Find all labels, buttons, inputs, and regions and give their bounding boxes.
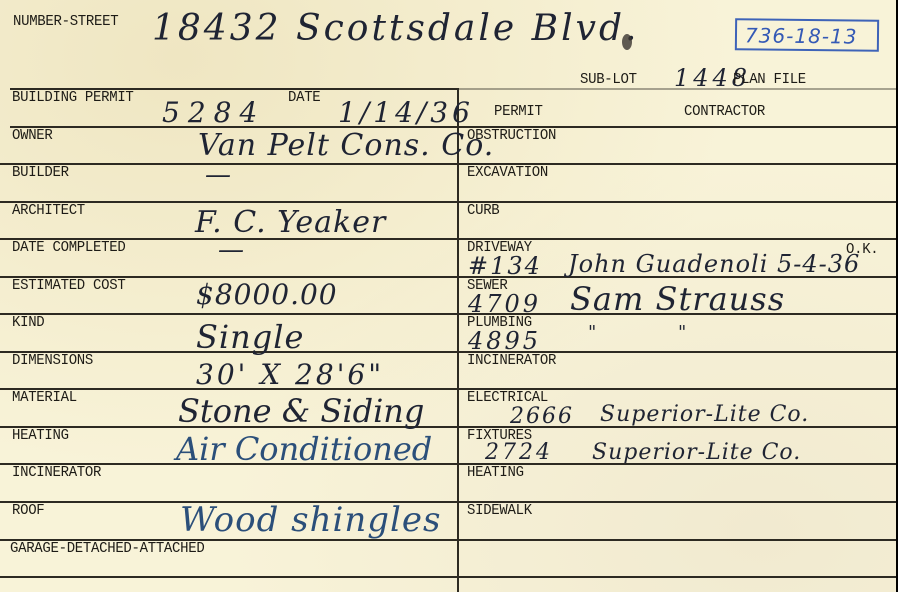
material-value: Stone & Siding xyxy=(178,392,424,430)
rule xyxy=(0,388,896,390)
heating-label: HEATING xyxy=(12,428,69,445)
material-label: MATERIAL xyxy=(12,390,77,407)
number-street-value: 18432 Scottsdale Blvd. xyxy=(152,8,639,49)
driveway-contractor: John Guadenoli 5-4-36 xyxy=(568,250,860,278)
driveway-permit: #134 xyxy=(468,252,542,280)
sub-lot-label: SUB-LOT xyxy=(580,72,637,89)
sewer-contractor: Sam Strauss xyxy=(570,280,785,318)
building-permit-card: NUMBER-STREET 18432 Scottsdale Blvd. 736… xyxy=(0,0,896,592)
contractor-column-header: CONTRACTOR xyxy=(684,104,765,121)
architect-label: ARCHITECT xyxy=(12,203,85,220)
electrical-contractor: Superior-Lite Co. xyxy=(600,402,809,427)
incinerator-permit-label: INCINERATOR xyxy=(467,353,556,370)
heating-permit-label: HEATING xyxy=(467,465,524,482)
electrical-permit: 2666 xyxy=(510,404,574,429)
owner-label: OWNER xyxy=(12,128,53,145)
rule xyxy=(0,238,896,240)
obstruction-label: OBSTRUCTION xyxy=(467,128,556,145)
date-completed-value: — xyxy=(218,235,245,265)
fixtures-contractor: Superior-Lite Co. xyxy=(592,440,801,465)
stamp-number: 736-18-13 xyxy=(745,23,858,48)
rule xyxy=(0,163,896,165)
kind-value: Single xyxy=(196,318,304,356)
builder-label: BUILDER xyxy=(12,165,69,182)
date-label: DATE xyxy=(288,90,320,107)
rule xyxy=(0,351,896,353)
dimensions-value: 30' X 28'6" xyxy=(196,358,384,391)
sidewalk-label: SIDEWALK xyxy=(467,503,532,520)
rule xyxy=(0,501,896,503)
plumbing-permit: 4895 xyxy=(468,327,541,355)
number-street-label: NUMBER-STREET xyxy=(13,14,118,31)
incinerator-label: INCINERATOR xyxy=(12,465,101,482)
excavation-label: EXCAVATION xyxy=(467,165,548,182)
permit-column-header: PERMIT xyxy=(494,104,543,121)
column-divider xyxy=(457,88,459,592)
plumbing-contractor-ditto: " " xyxy=(588,322,687,343)
estimated-cost-label: ESTIMATED COST xyxy=(12,278,125,295)
heating-value: Air Conditioned xyxy=(176,430,432,468)
rule xyxy=(0,576,896,578)
garage-label: GARAGE-DETACHED-ATTACHED xyxy=(10,541,204,558)
fixtures-permit: 2724 xyxy=(485,440,553,465)
owner-value: Van Pelt Cons. Co. xyxy=(198,128,494,163)
building-permit-value: 5284 xyxy=(162,96,265,129)
curb-label: CURB xyxy=(467,203,499,220)
date-completed-label: DATE COMPLETED xyxy=(12,240,125,257)
builder-value: — xyxy=(205,160,232,190)
ink-blot xyxy=(622,34,632,50)
kind-label: KIND xyxy=(12,315,44,332)
roof-value: Wood shingles xyxy=(180,500,441,540)
date-value: 1/14/36 xyxy=(338,96,474,129)
rule xyxy=(0,201,896,203)
roof-label: ROOF xyxy=(12,503,44,520)
plan-file-label: PLAN FILE xyxy=(733,72,806,89)
stamp-box: 736-18-13 xyxy=(735,18,879,52)
building-permit-label: BUILDING PERMIT xyxy=(12,90,134,107)
dimensions-label: DIMENSIONS xyxy=(12,353,93,370)
estimated-cost-value: $8000.00 xyxy=(196,278,338,311)
